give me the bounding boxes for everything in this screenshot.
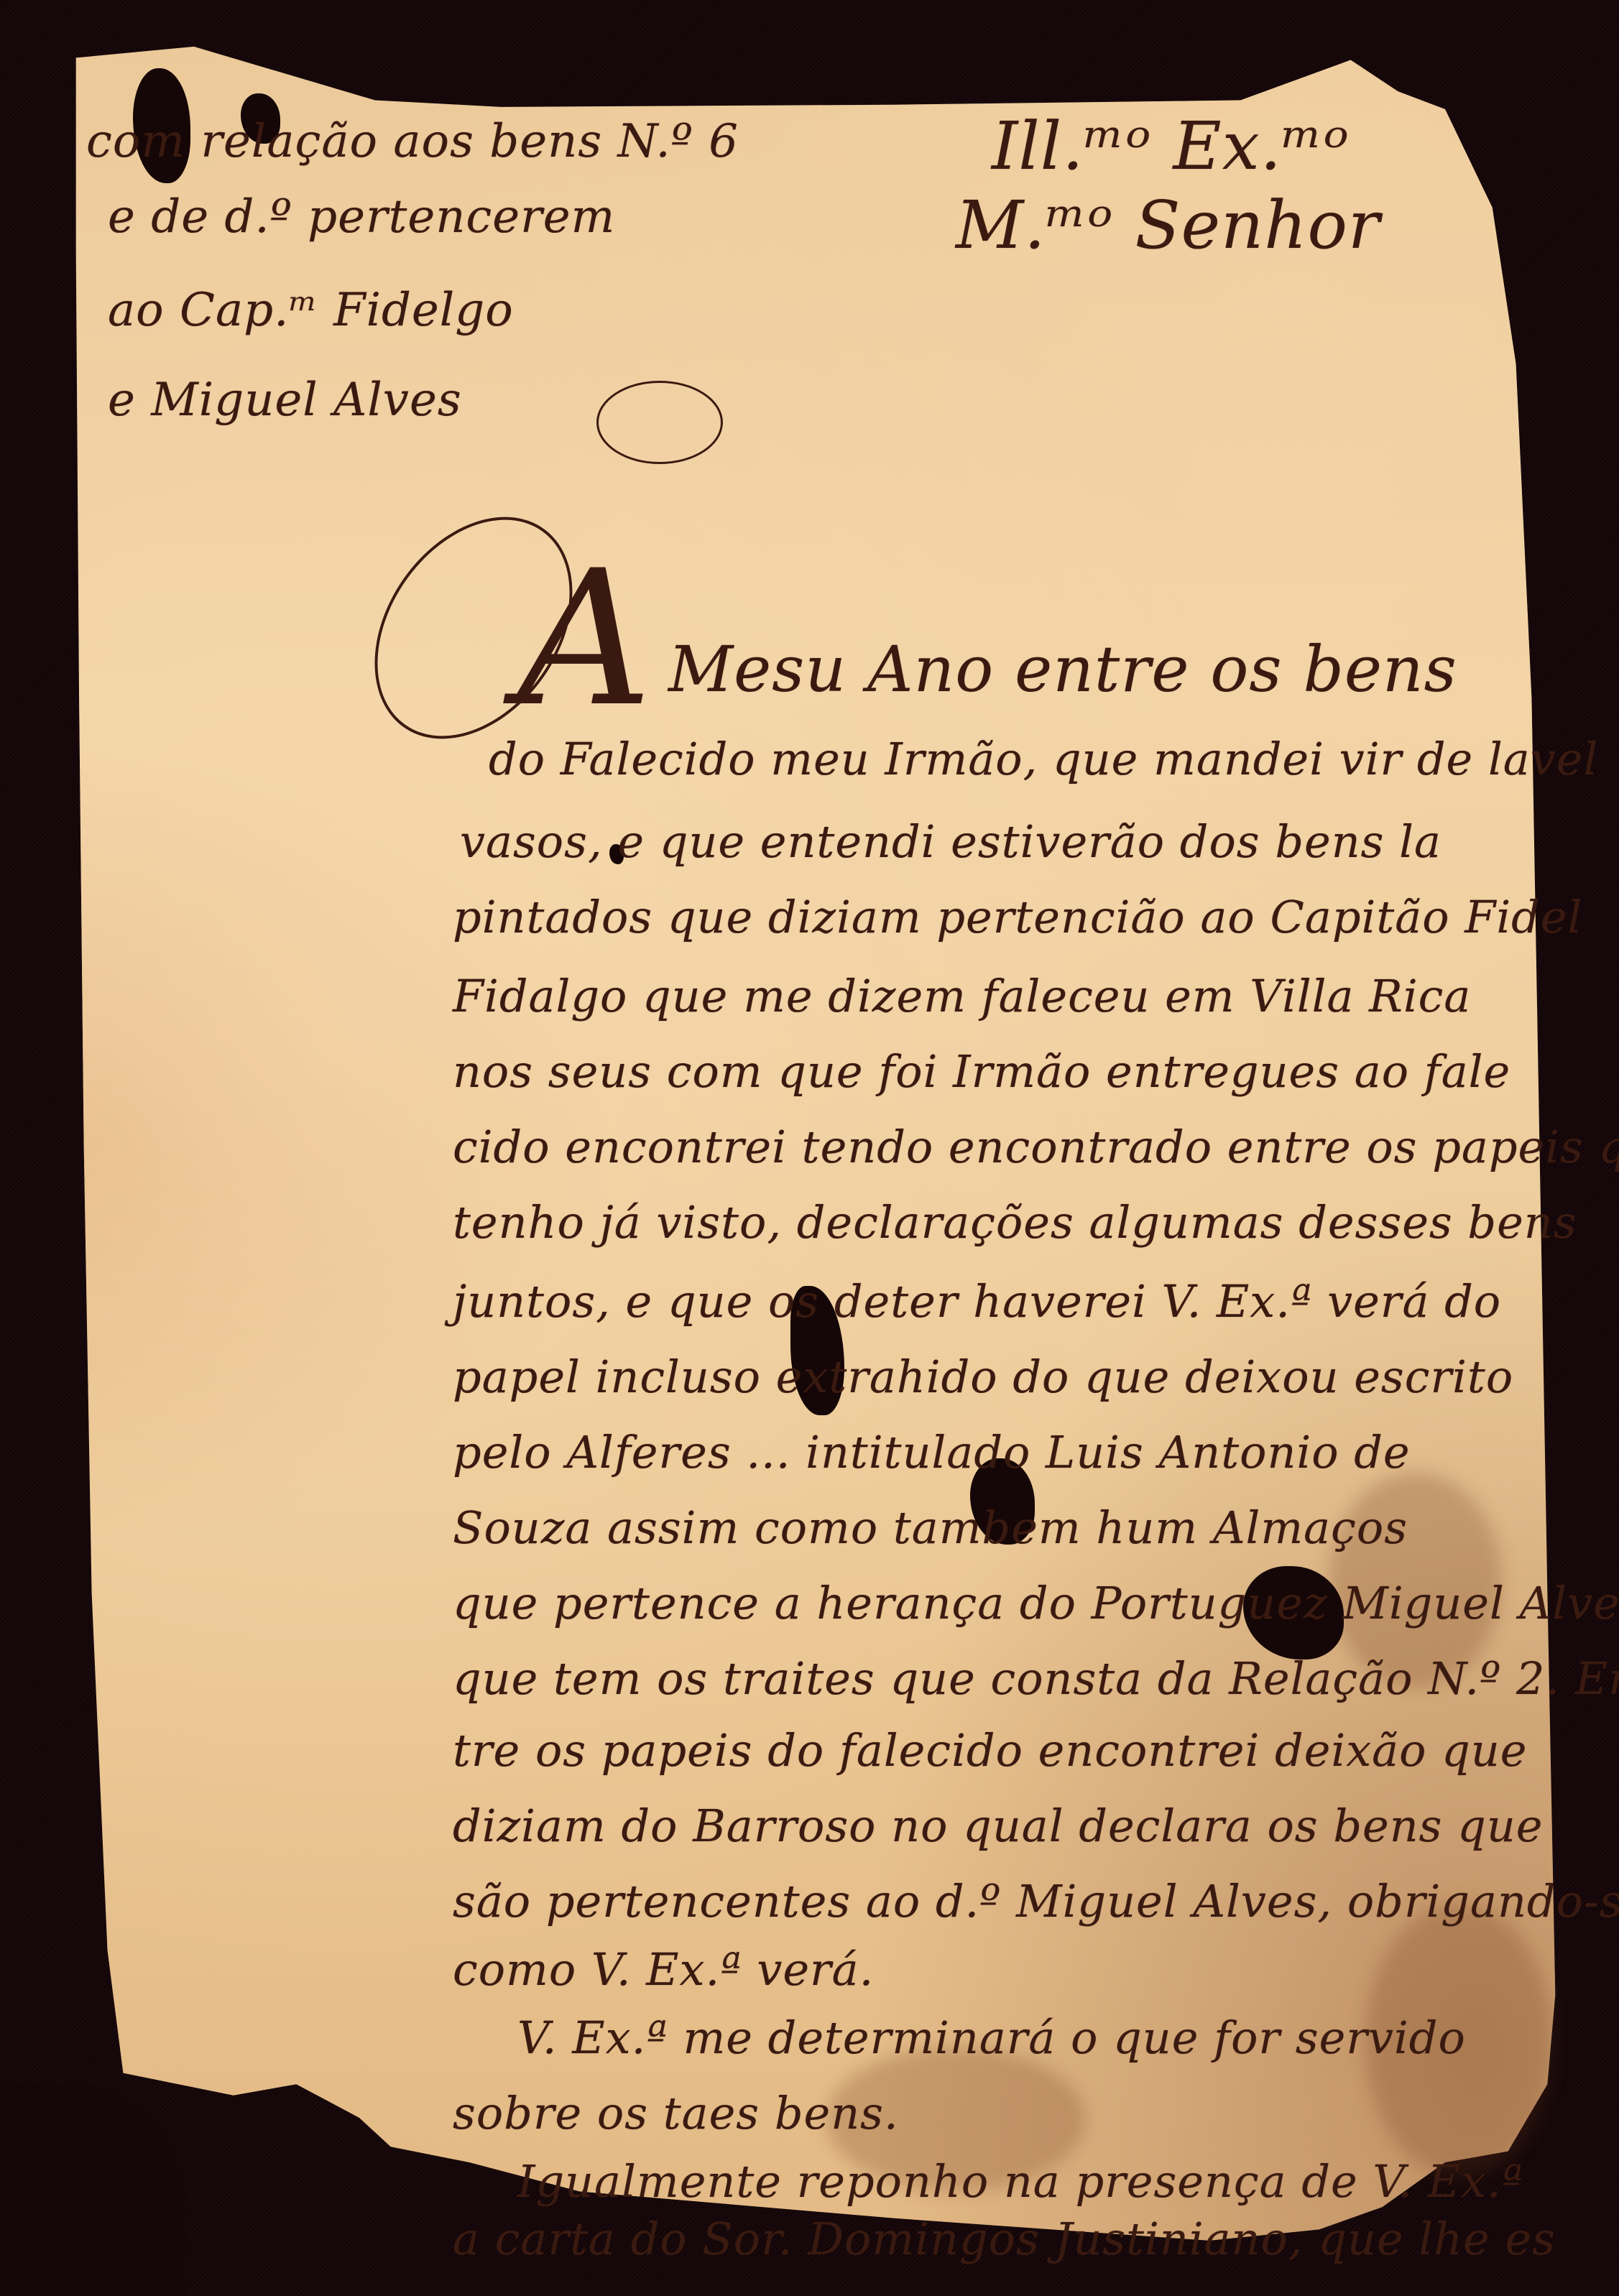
salutation-line-1: Ill.ᵐᵒ Ex.ᵐᵒ — [992, 108, 1350, 185]
body-line-19: V. Ex.ª me determinará o que for servido — [517, 2012, 1466, 2064]
margin-note-line-3: ao Cap.ᵐ Fidelgo — [108, 284, 514, 337]
body-line-11: pelo Alferes ... intitulado Luis Antonio… — [453, 1426, 1411, 1478]
body-line-4: pintados que diziam pertencião ao Capitã… — [453, 891, 1582, 943]
body-line-6: nos seus com que foi Irmão entregues ao … — [453, 1045, 1510, 1098]
body-line-17: são pertencentes ao d.º Miguel Alves, ob… — [453, 1875, 1619, 1927]
margin-note-line-1: com relação aos bens N.º 6 — [86, 115, 739, 168]
body-line-22: a carta do Sor. Domingos Justiniano, que… — [453, 2213, 1556, 2265]
body-line-2: do Falecido meu Irmão, que mandei vir de… — [489, 733, 1598, 785]
body-line-14: que tem os traites que consta da Relação… — [453, 1652, 1619, 1705]
body-line-1: Mesu Ano entre os bens — [668, 632, 1457, 706]
flourish-ornament — [596, 381, 723, 464]
margin-note-line-2: e de d.º pertencerem — [108, 190, 615, 244]
body-line-7: cido encontrei tendo encontrado entre os… — [453, 1121, 1619, 1173]
body-line-12: Souza assim como tambem hum Almaços — [453, 1501, 1408, 1554]
body-line-9: juntos, e que os deter haverei V. Ex.ª v… — [453, 1275, 1501, 1328]
body-line-20: sobre os taes bens. — [453, 2087, 899, 2139]
body-line-15: tre os papeis do falecido encontrei deix… — [453, 1724, 1528, 1777]
body-line-21: Igualmente reponho na presença de V. Ex.… — [517, 2155, 1523, 2208]
body-line-16: diziam do Barroso no qual declara os ben… — [453, 1800, 1543, 1852]
body-line-10: papel incluso extrahido do que deixou es… — [453, 1351, 1513, 1403]
body-line-5: Fidalgo que me dizem faleceu em Villa Ri… — [453, 970, 1471, 1022]
salutation-line-2: M.ᵐᵒ Senhor — [956, 187, 1380, 264]
body-line-3: vasos, e que entendi estiverão dos bens … — [460, 815, 1442, 868]
body-line-18: como V. Ex.ª verá. — [453, 1943, 874, 1996]
margin-note-line-4: e Miguel Alves — [108, 374, 462, 427]
body-line-13: que pertence a herança do Portuguez Migu… — [453, 1577, 1619, 1629]
body-line-8: tenho já visto, declarações algumas dess… — [453, 1196, 1577, 1249]
drop-cap: A — [517, 546, 652, 733]
